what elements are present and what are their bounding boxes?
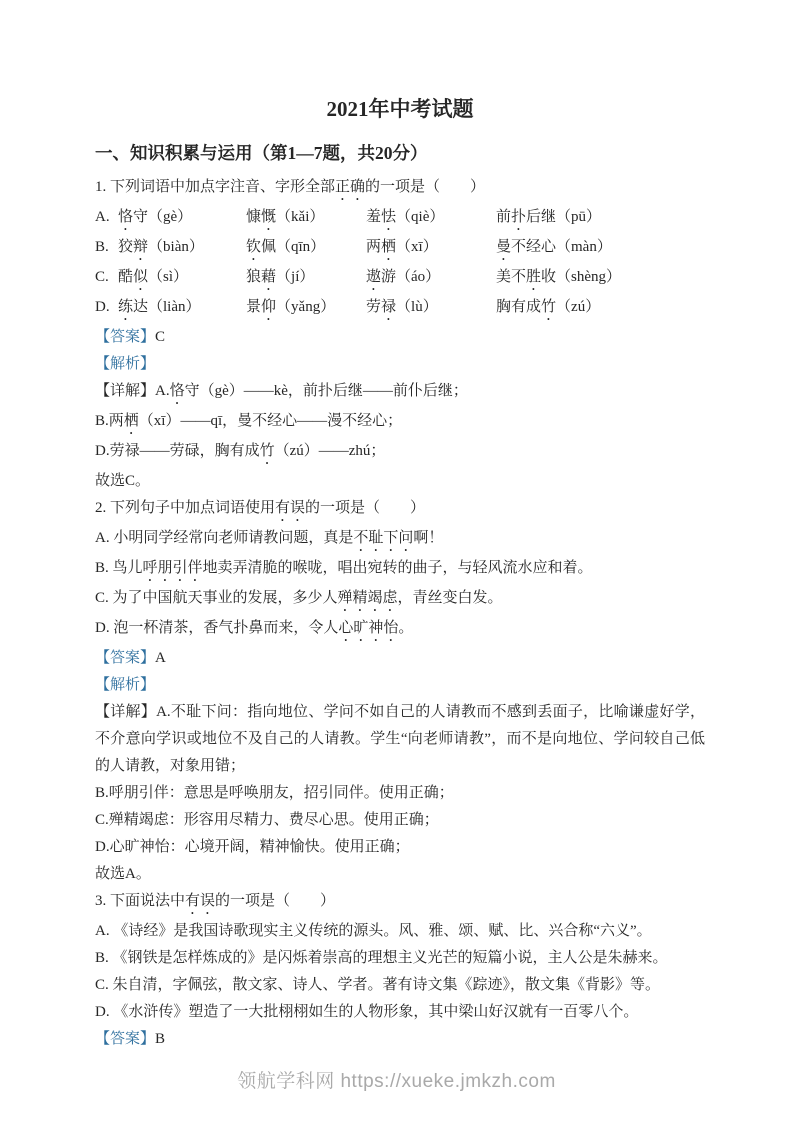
text-segment: D.心旷神怡：心境开阔，精神愉快。使用正确； bbox=[95, 839, 410, 855]
answer-value: C bbox=[155, 329, 165, 345]
question-2-options: A. 小明同学经常向老师请教问题，真是不耻下问啊！B. 鸟儿呼朋引伴地卖弄清脆的… bbox=[95, 525, 705, 645]
emphasized-text: 似 bbox=[133, 269, 148, 285]
text-segment: 的一项是（ ） bbox=[215, 893, 335, 909]
text-segment: 胸有成 bbox=[496, 299, 541, 315]
emphasized-text: 练 bbox=[118, 299, 133, 315]
text-segment: （biàn） bbox=[148, 239, 204, 255]
emphasized-text: 正确 bbox=[335, 179, 365, 195]
option-cell: 遨游（áo） bbox=[366, 264, 496, 294]
text-segment: （zú）——zhú； bbox=[275, 443, 386, 459]
emphasized-text: 恪 bbox=[170, 383, 185, 399]
analysis-line-2: 【解析】 bbox=[95, 672, 705, 699]
option-line: A. 《诗经》是我国诗歌现实主义传统的源头。风、雅、颂、赋、比、兴合称“六义”。 bbox=[95, 918, 705, 945]
text-segment: 啊！ bbox=[413, 530, 443, 546]
option-cell: 慷慨（kǎi） bbox=[246, 204, 366, 234]
option-cell: 劳禄（lù） bbox=[366, 294, 496, 324]
text-segment: 3. 下面说法中 bbox=[95, 893, 185, 909]
option-line: B. 《钢铁是怎样炼成的》是闪烁着崇高的理想主义光芒的短篇小说，主人公是朱赫来。 bbox=[95, 945, 705, 972]
option-cell: 练达（liàn） bbox=[118, 294, 246, 324]
text-segment: 故选C。 bbox=[95, 473, 150, 489]
emphasized-text: 栖 bbox=[381, 239, 396, 255]
text-segment: 劳 bbox=[366, 299, 381, 315]
text-segment: 。 bbox=[398, 620, 413, 636]
option-letter: D. bbox=[95, 294, 118, 324]
text-segment: 羞 bbox=[366, 209, 381, 225]
answer-line-1: 【答案】C bbox=[95, 324, 705, 351]
emphasized-text: 曼 bbox=[496, 239, 511, 255]
answer-value: A bbox=[155, 650, 166, 666]
text-segment: A. 小明同学经常向老师请教问题，真是 bbox=[95, 530, 353, 546]
emphasized-text: 竹 bbox=[260, 443, 275, 459]
text-segment: （zú） bbox=[556, 299, 600, 315]
emphasized-text: 有误 bbox=[185, 893, 215, 909]
text-segment: （kǎi） bbox=[276, 209, 324, 225]
question-3-stem: 3. 下面说法中有误的一项是（ ） bbox=[95, 888, 705, 918]
analysis-label: 【解析】 bbox=[95, 677, 155, 693]
option-cell: 羞怯（qiè） bbox=[366, 204, 496, 234]
option-cell: 胸有成竹（zú） bbox=[496, 294, 600, 324]
emphasized-text: 胜 bbox=[526, 269, 541, 285]
text-segment: 达（liàn） bbox=[133, 299, 201, 315]
text-segment: 游（áo） bbox=[381, 269, 440, 285]
detail-line: C.殚精竭虑：形容用尽精力、费尽心思。使用正确； bbox=[95, 807, 705, 834]
option-cell: 美不胜收（shèng） bbox=[496, 264, 621, 294]
text-segment: 不经心（màn） bbox=[511, 239, 612, 255]
text-segment: （xī）——qī，曼不经心——漫不经心； bbox=[139, 413, 402, 429]
text-segment: 慷 bbox=[246, 209, 261, 225]
question-1: 1. 下列词语中加点字注音、字形全部正确的一项是（ ） A. 恪守（gè） 慷慨… bbox=[95, 174, 705, 495]
text-segment: D. 泡一杯清茶，香气扑鼻而来，令人 bbox=[95, 620, 338, 636]
emphasized-text: 怯 bbox=[381, 209, 396, 225]
text-segment: 故选A。 bbox=[95, 866, 151, 882]
emphasized-text: 竹 bbox=[541, 299, 556, 315]
emphasized-text: 藉 bbox=[261, 269, 276, 285]
detail-line: 故选A。 bbox=[95, 861, 705, 888]
text-segment: C. 朱自清，字佩弦，散文家、诗人、学者。著有诗文集《踪迹》，散文集《背影》等。 bbox=[95, 977, 660, 993]
text-segment: D.劳禄——劳碌，胸有成 bbox=[95, 443, 260, 459]
option-cell: 恪守（gè） bbox=[118, 204, 246, 234]
text-segment: 美不 bbox=[496, 269, 526, 285]
text-segment: B. 鸟儿 bbox=[95, 560, 143, 576]
text-segment: 狼 bbox=[246, 269, 261, 285]
emphasized-text: 呼朋引伴 bbox=[143, 560, 203, 576]
text-segment: 地卖弄清脆的喉咙，唱出宛转的曲子，与轻风流水应和着。 bbox=[203, 560, 593, 576]
detail-line: D.劳禄——劳碌，胸有成竹（zú）——zhú； bbox=[95, 438, 705, 468]
emphasized-text: 仰 bbox=[261, 299, 276, 315]
text-segment: 【详解】A.不耻下问：指向地位、学问不如自己的人请教而不感到丢面子，比喻谦虚好学… bbox=[95, 704, 705, 774]
detail-paragraph: 【详解】A.不耻下问：指向地位、学问不如自己的人请教而不感到丢面子，比喻谦虚好学… bbox=[95, 699, 705, 780]
question-2-detail: B.呼朋引伴：意思是呼唤朋友，招引同伴。使用正确；C.殚精竭虑：形容用尽精力、费… bbox=[95, 780, 705, 888]
option-cell: 前扑后继（pū） bbox=[496, 204, 601, 234]
option-line: D. 泡一杯清茶，香气扑鼻而来，令人心旷神怡。 bbox=[95, 615, 705, 645]
option-row-c: C. 酷似（sì） 狼藉（jí） 遨游（áo） 美不胜收（shèng） bbox=[95, 264, 705, 294]
emphasized-text: 辩 bbox=[133, 239, 148, 255]
text-segment: 佩（qīn） bbox=[261, 239, 325, 255]
option-cell: 酷似（sì） bbox=[118, 264, 246, 294]
option-cell: 狡辩（biàn） bbox=[118, 234, 246, 264]
text-segment: 两 bbox=[366, 239, 381, 255]
emphasized-text: 栖 bbox=[124, 413, 139, 429]
option-cell: 景仰（yǎng） bbox=[246, 294, 366, 324]
text-segment: ，青丝变白发。 bbox=[398, 590, 503, 606]
option-row-b: B. 狡辩（biàn） 钦佩（qīn） 两栖（xī） 曼不经心（màn） bbox=[95, 234, 705, 264]
detail-line: 故选C。 bbox=[95, 468, 705, 495]
option-row-a: A. 恪守（gè） 慷慨（kǎi） 羞怯（qiè） 前扑后继（pū） bbox=[95, 204, 705, 234]
text-segment: 后继（pū） bbox=[526, 209, 601, 225]
text-segment: B. 《钢铁是怎样炼成的》是闪烁着崇高的理想主义光芒的短篇小说，主人公是朱赫来。 bbox=[95, 950, 668, 966]
analysis-line-1: 【解析】 bbox=[95, 351, 705, 378]
text-segment: 酷 bbox=[118, 269, 133, 285]
detail-line: B.呼朋引伴：意思是呼唤朋友，招引同伴。使用正确； bbox=[95, 780, 705, 807]
text-segment: 前 bbox=[496, 209, 511, 225]
question-1-options: A. 恪守（gè） 慷慨（kǎi） 羞怯（qiè） 前扑后继（pū） B. 狡辩… bbox=[95, 204, 705, 324]
option-cell: 两栖（xī） bbox=[366, 234, 496, 264]
text-segment: （sì） bbox=[148, 269, 188, 285]
emphasized-text: 禄 bbox=[381, 299, 396, 315]
question-1-detail: 【详解】A.恪守（gè）——kè，前扑后继——前仆后继；B.两栖（xī）——qī… bbox=[95, 378, 705, 495]
text-segment: 的一项是（ ） bbox=[305, 500, 425, 516]
question-2: 2. 下列句子中加点词语使用有误的一项是（ ） A. 小明同学经常向老师请教问题… bbox=[95, 495, 705, 888]
answer-line-2: 【答案】A bbox=[95, 645, 705, 672]
question-1-stem: 1. 下列词语中加点字注音、字形全部正确的一项是（ ） bbox=[95, 174, 705, 204]
emphasized-text: 不耻下问 bbox=[353, 530, 413, 546]
emphasized-text: 扑 bbox=[511, 209, 526, 225]
answer-value: B bbox=[155, 1031, 165, 1047]
text-segment: （jí） bbox=[276, 269, 314, 285]
text-segment: 1. 下列词语中加点字注音、字形全部 bbox=[95, 179, 335, 195]
question-3-options: A. 《诗经》是我国诗歌现实主义传统的源头。风、雅、颂、赋、比、兴合称“六义”。… bbox=[95, 918, 705, 1026]
text-segment: 守（gè） bbox=[133, 209, 192, 225]
text-segment: （yǎng） bbox=[276, 299, 335, 315]
option-line: C. 朱自清，字佩弦，散文家、诗人、学者。著有诗文集《踪迹》，散文集《背影》等。 bbox=[95, 972, 705, 999]
text-segment: 狡 bbox=[118, 239, 133, 255]
emphasized-text: 有误 bbox=[275, 500, 305, 516]
option-letter: B. bbox=[95, 234, 118, 264]
text-segment: 守（gè）——kè，前扑后继——前仆后继； bbox=[185, 383, 468, 399]
text-segment: （xī） bbox=[396, 239, 438, 255]
option-row-d: D. 练达（liàn） 景仰（yǎng） 劳禄（lù） 胸有成竹（zú） bbox=[95, 294, 705, 324]
text-segment: C. 为了中国航天事业的发展，多少人 bbox=[95, 590, 338, 606]
section-heading: 一、知识积累与运用（第1—7题，共20分） bbox=[95, 140, 705, 167]
text-segment: A. 《诗经》是我国诗歌现实主义传统的源头。风、雅、颂、赋、比、兴合称“六义”。 bbox=[95, 923, 652, 939]
text-segment: C.殚精竭虑：形容用尽精力、费尽心思。使用正确； bbox=[95, 812, 439, 828]
emphasized-text: 恪 bbox=[118, 209, 133, 225]
page-title: 2021年中考试题 bbox=[95, 94, 705, 124]
option-letter: C. bbox=[95, 264, 118, 294]
detail-line: D.心旷神怡：心境开阔，精神愉快。使用正确； bbox=[95, 834, 705, 861]
emphasized-text: 殚精竭虑 bbox=[338, 590, 398, 606]
answer-label: 【答案】 bbox=[95, 329, 155, 345]
emphasized-text: 钦 bbox=[246, 239, 261, 255]
analysis-label: 【解析】 bbox=[95, 356, 155, 372]
option-line: A. 小明同学经常向老师请教问题，真是不耻下问啊！ bbox=[95, 525, 705, 555]
answer-label: 【答案】 bbox=[95, 1031, 155, 1047]
question-3: 3. 下面说法中有误的一项是（ ） A. 《诗经》是我国诗歌现实主义传统的源头。… bbox=[95, 888, 705, 1053]
text-segment: B.呼朋引伴：意思是呼唤朋友，招引同伴。使用正确； bbox=[95, 785, 454, 801]
answer-line-3: 【答案】B bbox=[95, 1026, 705, 1053]
exam-document-page: 2021年中考试题 一、知识积累与运用（第1—7题，共20分） 1. 下列词语中… bbox=[0, 0, 793, 1122]
emphasized-text: 慨 bbox=[261, 209, 276, 225]
text-segment: 景 bbox=[246, 299, 261, 315]
option-line: B. 鸟儿呼朋引伴地卖弄清脆的喉咙，唱出宛转的曲子，与轻风流水应和着。 bbox=[95, 555, 705, 585]
answer-label: 【答案】 bbox=[95, 650, 155, 666]
text-segment: 2. 下列句子中加点词语使用 bbox=[95, 500, 275, 516]
text-segment: （qiè） bbox=[396, 209, 444, 225]
text-segment: （lù） bbox=[396, 299, 438, 315]
option-letter: A. bbox=[95, 204, 118, 234]
detail-line: B.两栖（xī）——qī，曼不经心——漫不经心； bbox=[95, 408, 705, 438]
option-cell: 钦佩（qīn） bbox=[246, 234, 366, 264]
option-cell: 狼藉（jí） bbox=[246, 264, 366, 294]
watermark: 领航学科网 https://xueke.jmkzh.com bbox=[0, 1066, 793, 1093]
detail-line: 【详解】A.恪守（gè）——kè，前扑后继——前仆后继； bbox=[95, 378, 705, 408]
text-segment: 【详解】A. bbox=[95, 383, 170, 399]
question-2-stem: 2. 下列句子中加点词语使用有误的一项是（ ） bbox=[95, 495, 705, 525]
text-segment: D. 《水浒传》塑造了一大批栩栩如生的人物形象，其中梁山好汉就有一百零八个。 bbox=[95, 1004, 638, 1020]
text-segment: 的一项是（ ） bbox=[365, 179, 485, 195]
option-cell: 曼不经心（màn） bbox=[496, 234, 612, 264]
option-line: D. 《水浒传》塑造了一大批栩栩如生的人物形象，其中梁山好汉就有一百零八个。 bbox=[95, 999, 705, 1026]
option-line: C. 为了中国航天事业的发展，多少人殚精竭虑，青丝变白发。 bbox=[95, 585, 705, 615]
emphasized-text: 遨 bbox=[366, 269, 381, 285]
text-segment: B.两 bbox=[95, 413, 124, 429]
text-segment: 收（shèng） bbox=[541, 269, 621, 285]
emphasized-text: 心旷神怡 bbox=[338, 620, 398, 636]
